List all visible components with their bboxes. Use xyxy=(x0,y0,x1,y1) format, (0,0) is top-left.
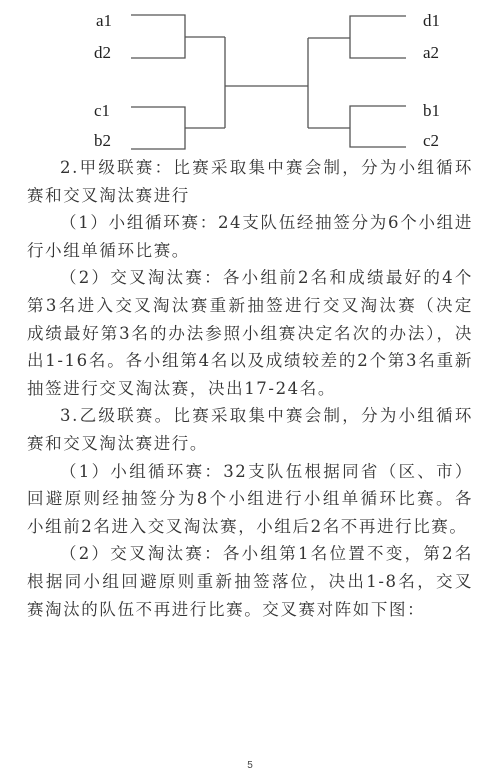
team-label-left-2: d2 xyxy=(94,43,111,63)
team-label-left-3: c1 xyxy=(94,101,110,121)
paragraph-division-a-group-stage: （1）小组循环赛：24支队伍经抽签分为6个小组进行小组单循环比赛。 xyxy=(27,209,473,264)
paragraph-division-b: 3.乙级联赛。比赛采取集中赛会制，分为小组循环赛和交叉淘汰赛进行。 xyxy=(27,402,473,457)
page-number: 5 xyxy=(0,760,500,771)
knockout-bracket-diagram: a1 d2 c1 b2 d1 a2 b1 c2 xyxy=(0,0,500,160)
team-label-right-2: a2 xyxy=(423,43,439,63)
team-label-right-4: c2 xyxy=(423,131,439,151)
paragraph-division-b-knockout: （2）交叉淘汰赛：各小组第1名位置不变，第2名根据同小组回避原则重新抽签落位，决… xyxy=(27,540,473,623)
paragraph-division-a: 2.甲级联赛：比赛采取集中赛会制，分为小组循环赛和交叉淘汰赛进行 xyxy=(27,154,473,209)
paragraph-division-b-group-stage: （1）小组循环赛：32支队伍根据同省（区、市）回避原则经抽签分为8个小组进行小组… xyxy=(27,458,473,541)
team-label-right-3: b1 xyxy=(423,101,440,121)
document-body: 2.甲级联赛：比赛采取集中赛会制，分为小组循环赛和交叉淘汰赛进行 （1）小组循环… xyxy=(27,154,473,623)
team-label-left-1: a1 xyxy=(96,11,112,31)
team-label-left-4: b2 xyxy=(94,131,111,151)
team-label-right-1: d1 xyxy=(423,11,440,31)
paragraph-division-a-knockout: （2）交叉淘汰赛：各小组前2名和成绩最好的4个第3名进入交叉淘汰赛重新抽签进行交… xyxy=(27,264,473,402)
